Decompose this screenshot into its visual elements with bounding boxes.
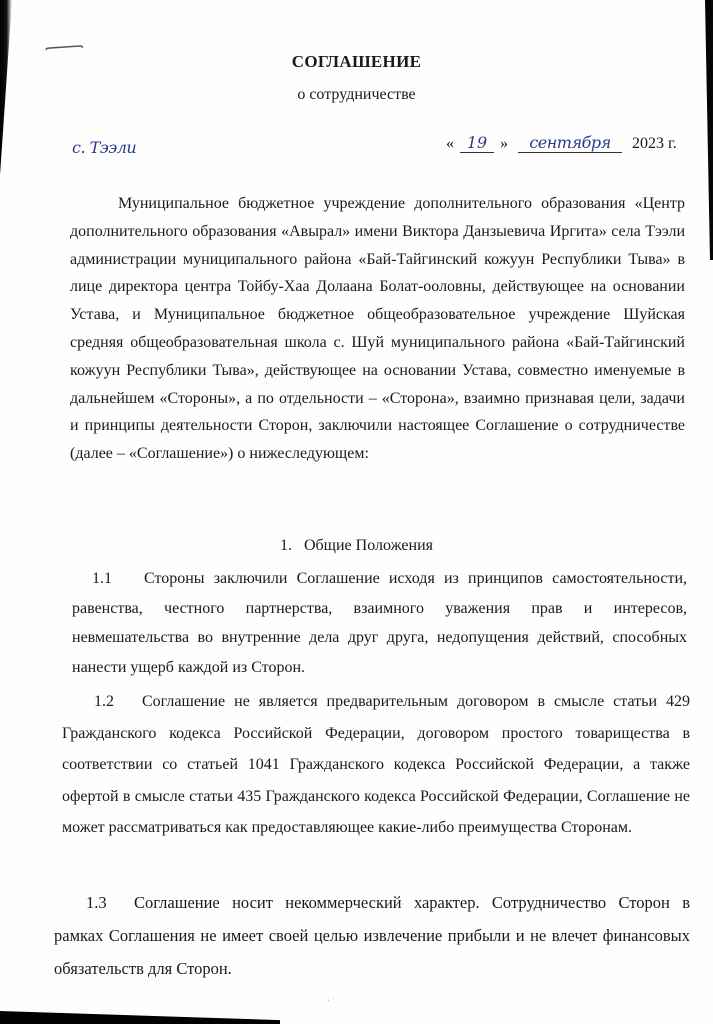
scanned-page: СОГЛАШЕНИЕ о сотрудничестве с. Тээли « 1… (0, 0, 713, 1024)
scan-edge-bottom (0, 1011, 280, 1024)
document-subtitle: о сотрудничестве (0, 86, 713, 104)
clause-number: 1.2 (78, 686, 142, 718)
date-month-handwritten: сентября (518, 133, 622, 153)
scan-edge-right (703, 0, 713, 260)
intro-paragraph: Муниципальное бюджетное учреждение допол… (70, 190, 685, 468)
clause-1-2: 1.2Соглашение не является предварительны… (62, 686, 690, 844)
section-heading: 1. Общие Положения (0, 537, 713, 555)
place-handwritten: с. Тээли (72, 138, 136, 157)
clause-text: Соглашение носит некоммерческий характер… (54, 893, 690, 978)
date-open-quote: « (446, 135, 454, 152)
pen-stroke-mark (44, 44, 84, 52)
date-year: 2023 г. (632, 135, 677, 152)
clause-number: 1.3 (70, 886, 134, 919)
clause-text: Соглашение не является предварительным д… (62, 693, 690, 836)
scan-speck: ⋅ ˙ (327, 996, 334, 1005)
clause-1-3: 1.3Соглашение носит некоммерческий харак… (54, 886, 690, 985)
clause-number: 1.1 (82, 564, 144, 594)
clause-1-1: 1.1Стороны заключили Соглашение исходя и… (72, 564, 687, 682)
date-day-handwritten: 19 (460, 133, 494, 153)
date-close-quote: » (500, 135, 508, 152)
clause-text: Стороны заключили Соглашение исходя из п… (72, 570, 687, 676)
document-date: « 19 » сентября 2023 г. (446, 133, 677, 153)
document-title: СОГЛАШЕНИЕ (0, 52, 713, 72)
